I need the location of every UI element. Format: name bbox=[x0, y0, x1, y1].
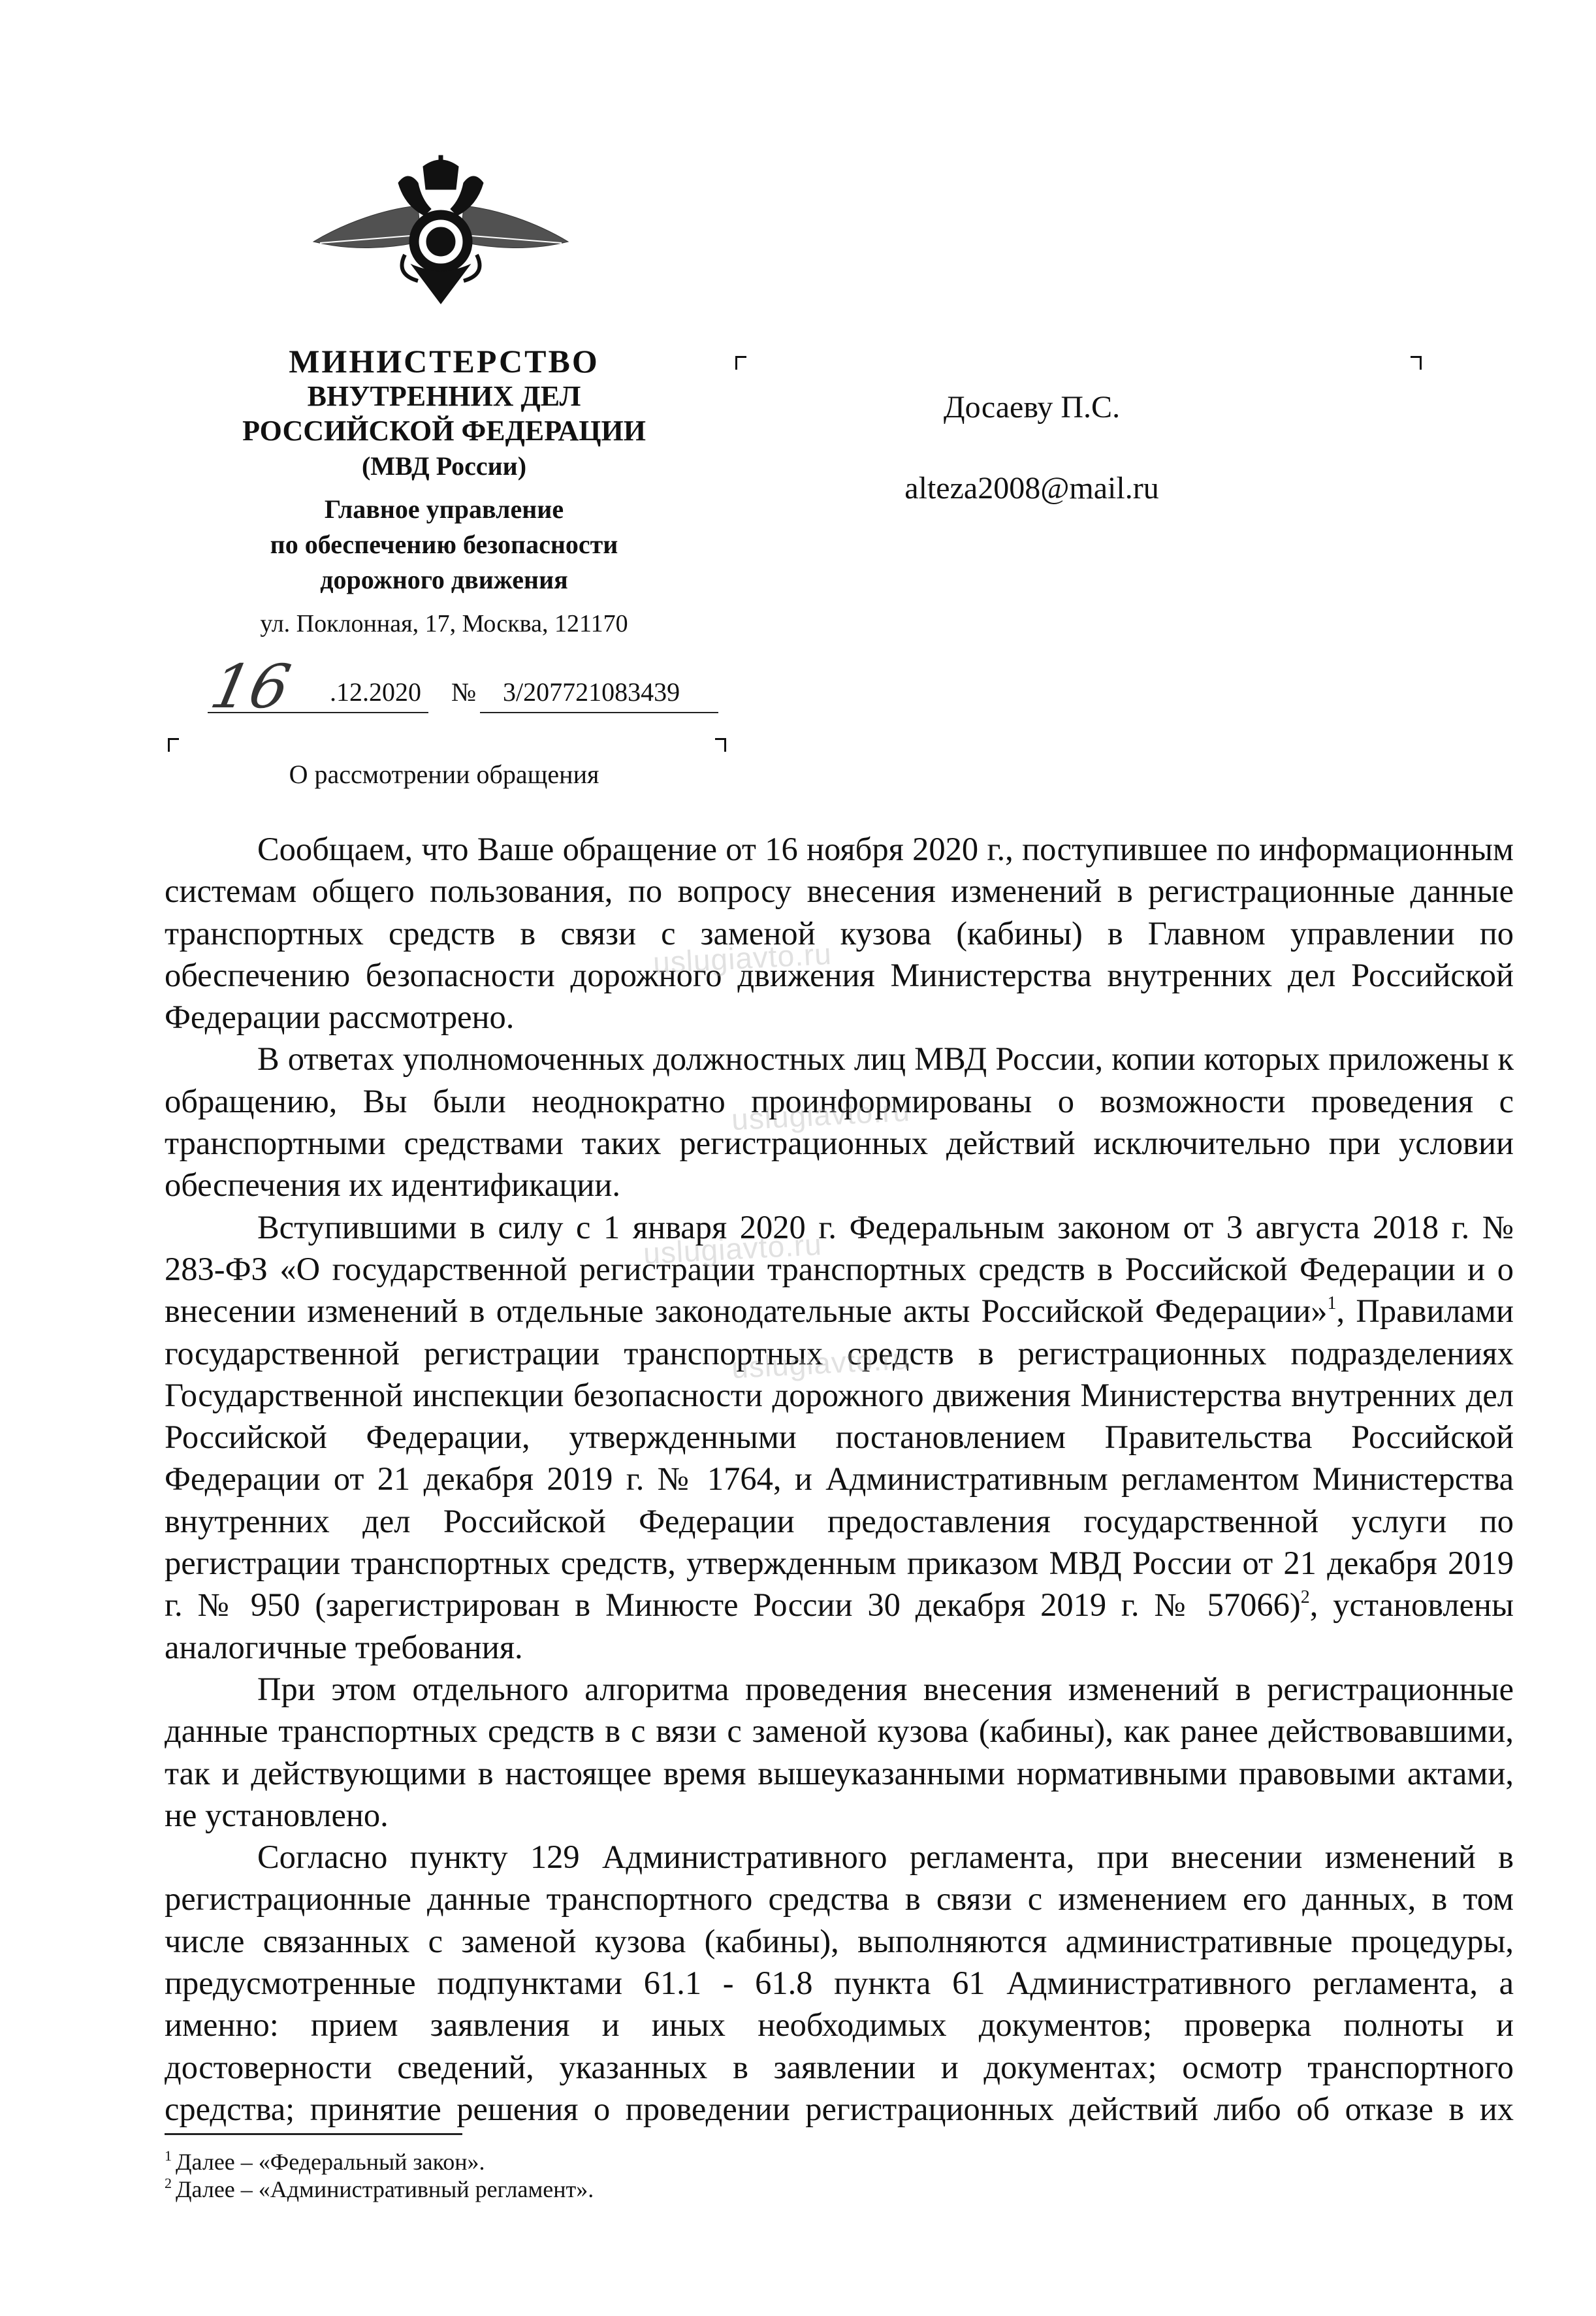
letter-body: Сообщаем, что Ваше обращение от 16 ноябр… bbox=[165, 828, 1514, 2130]
addressee-email[interactable]: alteza2008@mail.ru bbox=[803, 473, 1260, 504]
letter-subject: О рассмотрении обращения bbox=[196, 759, 692, 790]
body-paragraph: При этом отдельного алгоритма проведения… bbox=[165, 1668, 1514, 1836]
footnote-number: 2 bbox=[165, 2175, 172, 2191]
number-label: № bbox=[451, 679, 476, 705]
number-underline bbox=[480, 712, 718, 713]
ministry-address: ул. Поклонная, 17, Москва, 121170 bbox=[196, 611, 692, 636]
ministry-name-line2: ВНУТРЕННИХ ДЕЛ bbox=[196, 382, 692, 411]
addressee-bracket-left bbox=[735, 356, 746, 370]
mvd-emblem-icon bbox=[307, 144, 575, 314]
date-underline bbox=[208, 712, 428, 713]
body-paragraph: Согласно пункту 129 Административного ре… bbox=[165, 1836, 1514, 2130]
addressee-name: Досаеву П.С. bbox=[803, 392, 1260, 423]
body-paragraph: Сообщаем, что Ваше обращение от 16 ноябр… bbox=[165, 828, 1514, 1038]
footnote-ref-1[interactable]: 1 bbox=[1328, 1293, 1337, 1313]
footnote-1: 1Далее – «Федеральный закон». bbox=[165, 2150, 485, 2174]
department-line1: Главное управление bbox=[196, 496, 692, 523]
subject-bracket-left bbox=[168, 738, 179, 752]
footnote-separator bbox=[165, 2133, 462, 2135]
footnote-2: 2Далее – «Административный регламент». bbox=[165, 2178, 594, 2201]
body-paragraph: Вступившими в силу с 1 января 2020 г. Фе… bbox=[165, 1206, 1514, 1668]
body-text: Вступившими в силу с 1 января 2020 г. Фе… bbox=[165, 1209, 1514, 1330]
subject-bracket-right bbox=[715, 738, 726, 752]
footnote-text: Далее – «Федеральный закон». bbox=[176, 2149, 485, 2175]
department-line2: по обеспечению безопасности bbox=[196, 532, 692, 558]
footnote-ref-2[interactable]: 2 bbox=[1301, 1587, 1310, 1607]
ministry-name-line1: МИНИСТЕРСТВО bbox=[196, 345, 692, 378]
date-rest: .12.2020 bbox=[330, 679, 421, 705]
ministry-short-name: (МВД России) bbox=[196, 453, 692, 479]
footnote-number: 1 bbox=[165, 2147, 172, 2164]
department-line3: дорожного движения bbox=[196, 567, 692, 593]
footnote-text: Далее – «Административный регламент». bbox=[176, 2176, 594, 2202]
ministry-name-line3: РОССИЙСКОЙ ФЕДЕРАЦИИ bbox=[196, 417, 692, 445]
addressee-bracket-right bbox=[1411, 356, 1422, 370]
handwritten-day: 16 bbox=[205, 652, 296, 722]
document-number: 3/207721083439 bbox=[503, 679, 680, 705]
body-text: , Правилами государственной регистрации … bbox=[165, 1293, 1514, 1623]
